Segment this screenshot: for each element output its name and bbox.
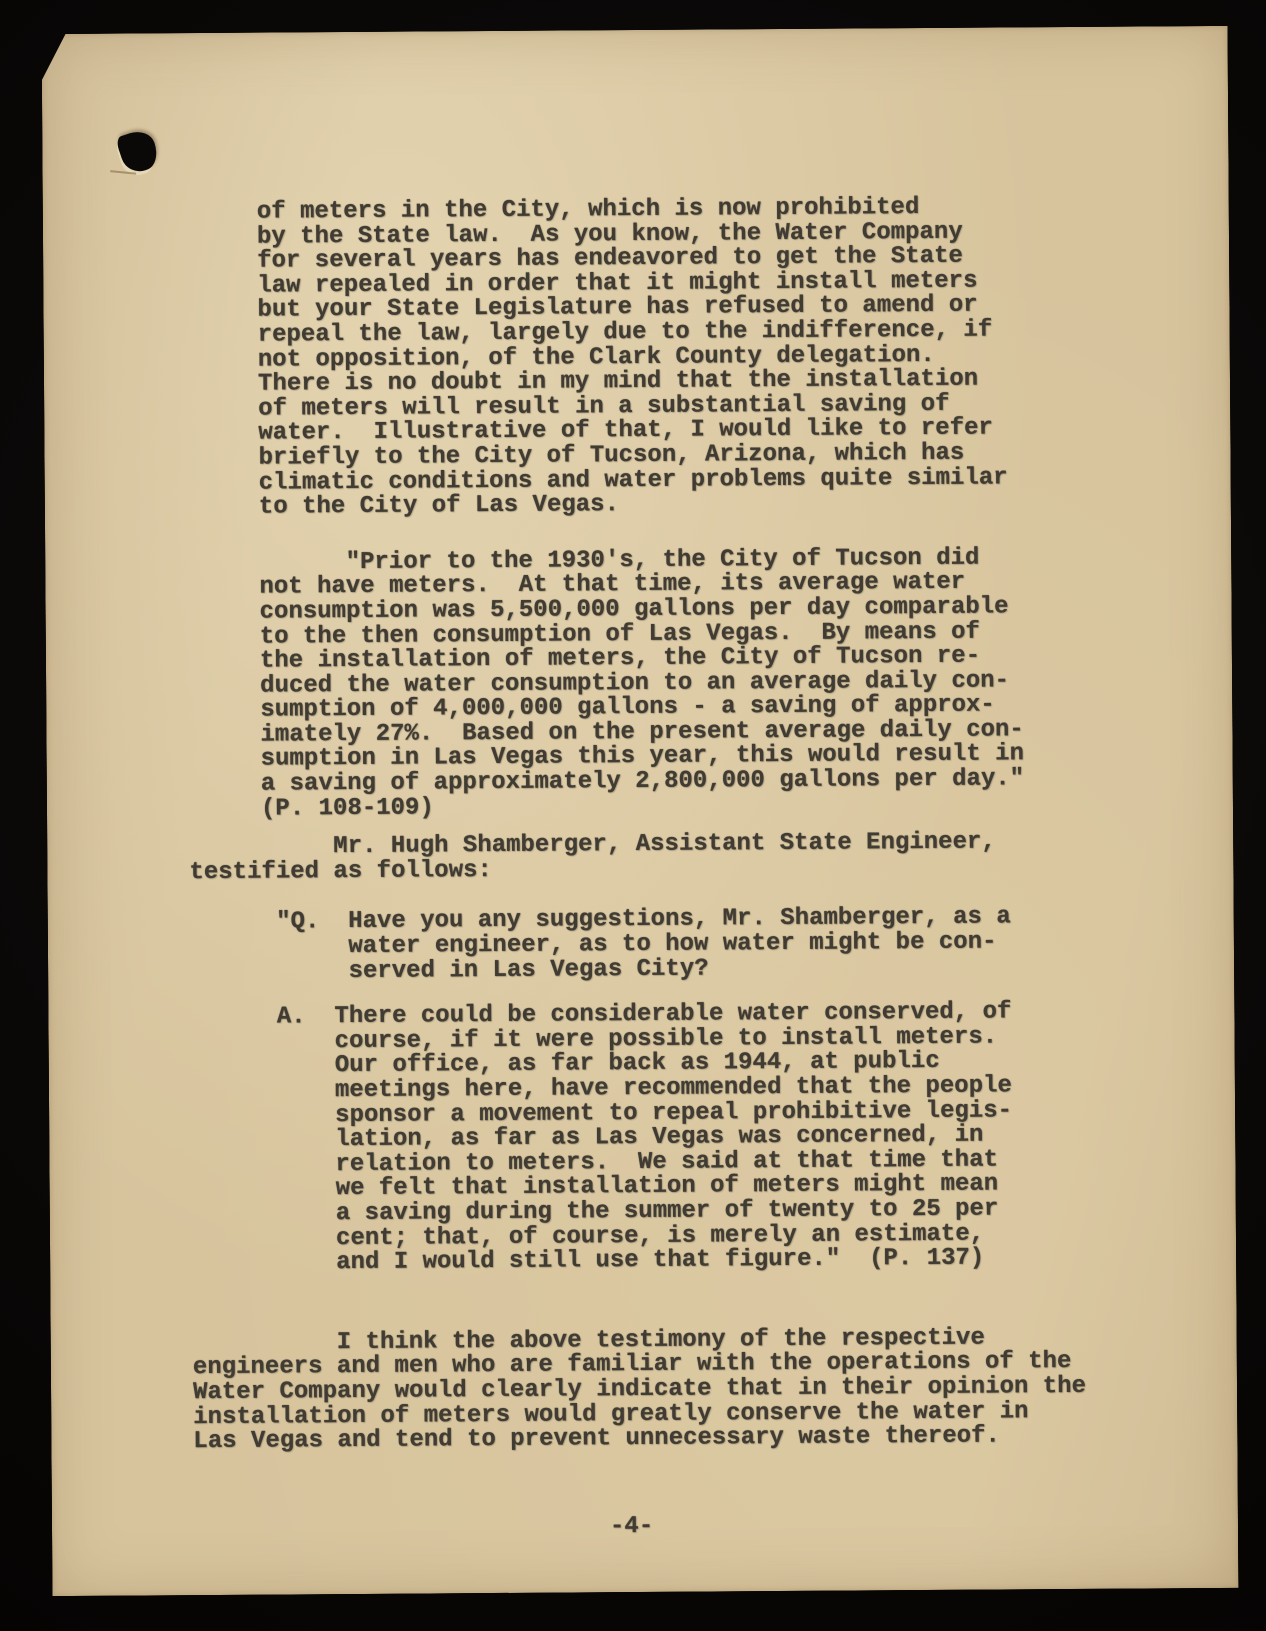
- page-number: -4-: [194, 1511, 1238, 1543]
- closing-paragraph: I think the above testimony of the respe…: [193, 1325, 1238, 1455]
- question-block: "Q. Have you any suggestions, Mr. Shambe…: [190, 904, 1234, 985]
- scan-background: of meters in the City, which is now proh…: [0, 0, 1266, 1631]
- body-paragraph-meters: of meters in the City, which is now proh…: [185, 194, 1231, 521]
- document-body: of meters in the City, which is now proh…: [42, 26, 1239, 1544]
- scanned-page: of meters in the City, which is now proh…: [42, 26, 1239, 1596]
- tucson-quote-paragraph: "Prior to the 1930's, the City of Tucson…: [187, 545, 1233, 823]
- answer-block: A. There could be considerable water con…: [190, 999, 1236, 1277]
- testimony-intro: Mr. Hugh Shamberger, Assistant State Eng…: [189, 829, 1233, 885]
